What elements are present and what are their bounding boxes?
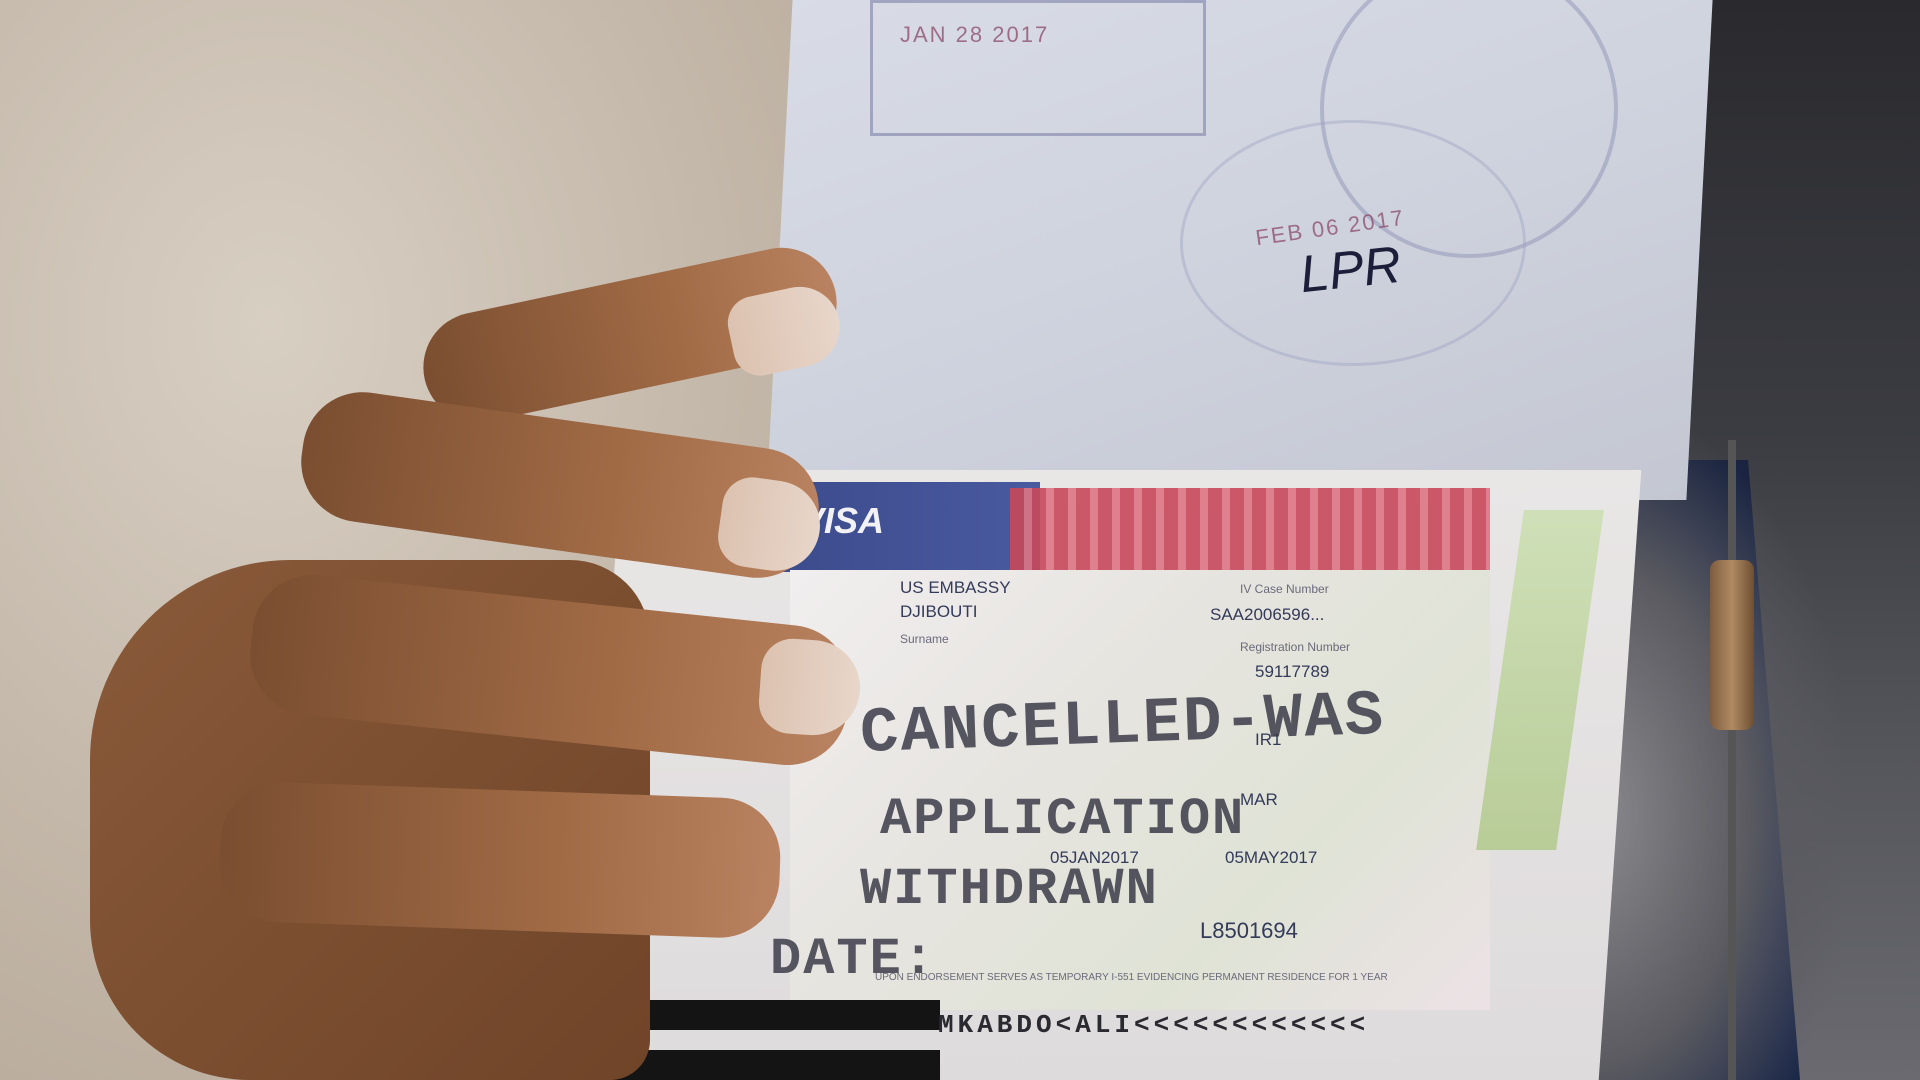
visa-annotation: UPON ENDORSEMENT SERVES AS TEMPORARY I-5… bbox=[875, 972, 1388, 983]
expiration-date: 05MAY2017 bbox=[1225, 848, 1317, 868]
case-number: SAA2006596... bbox=[1210, 605, 1324, 625]
cancel-stamp-line-2: APPLICATION bbox=[880, 790, 1245, 849]
registration-number: 59117789 bbox=[1255, 662, 1329, 682]
zipper-pull bbox=[1710, 560, 1754, 730]
registration-label: Registration Number bbox=[1240, 640, 1350, 654]
entry-stamp-box bbox=[870, 0, 1206, 136]
control-number: L8501694 bbox=[1200, 918, 1298, 944]
cancel-stamp-line-3: WITHDRAWN bbox=[860, 860, 1159, 919]
issuing-post-label: US EMBASSY bbox=[900, 578, 1011, 598]
little-finger bbox=[218, 780, 783, 939]
mrz-line-1: MKABDO<ALI<<<<<<<<<<<< bbox=[938, 1010, 1369, 1040]
handwritten-lpr: LPR bbox=[1297, 235, 1404, 305]
stamp-date-top: JAN 28 2017 bbox=[900, 22, 1049, 48]
zipper bbox=[1728, 440, 1736, 1080]
issuing-post-city: DJIBOUTI bbox=[900, 602, 977, 622]
nationality: MAR bbox=[1240, 790, 1278, 810]
photo-scene: JAN 28 2017 FEB 06 2017 LPR VISA US EMBA… bbox=[0, 0, 1920, 1080]
case-number-label: IV Case Number bbox=[1240, 582, 1329, 596]
visa-red-banner bbox=[1010, 488, 1490, 572]
surname-label: Surname bbox=[900, 632, 949, 646]
